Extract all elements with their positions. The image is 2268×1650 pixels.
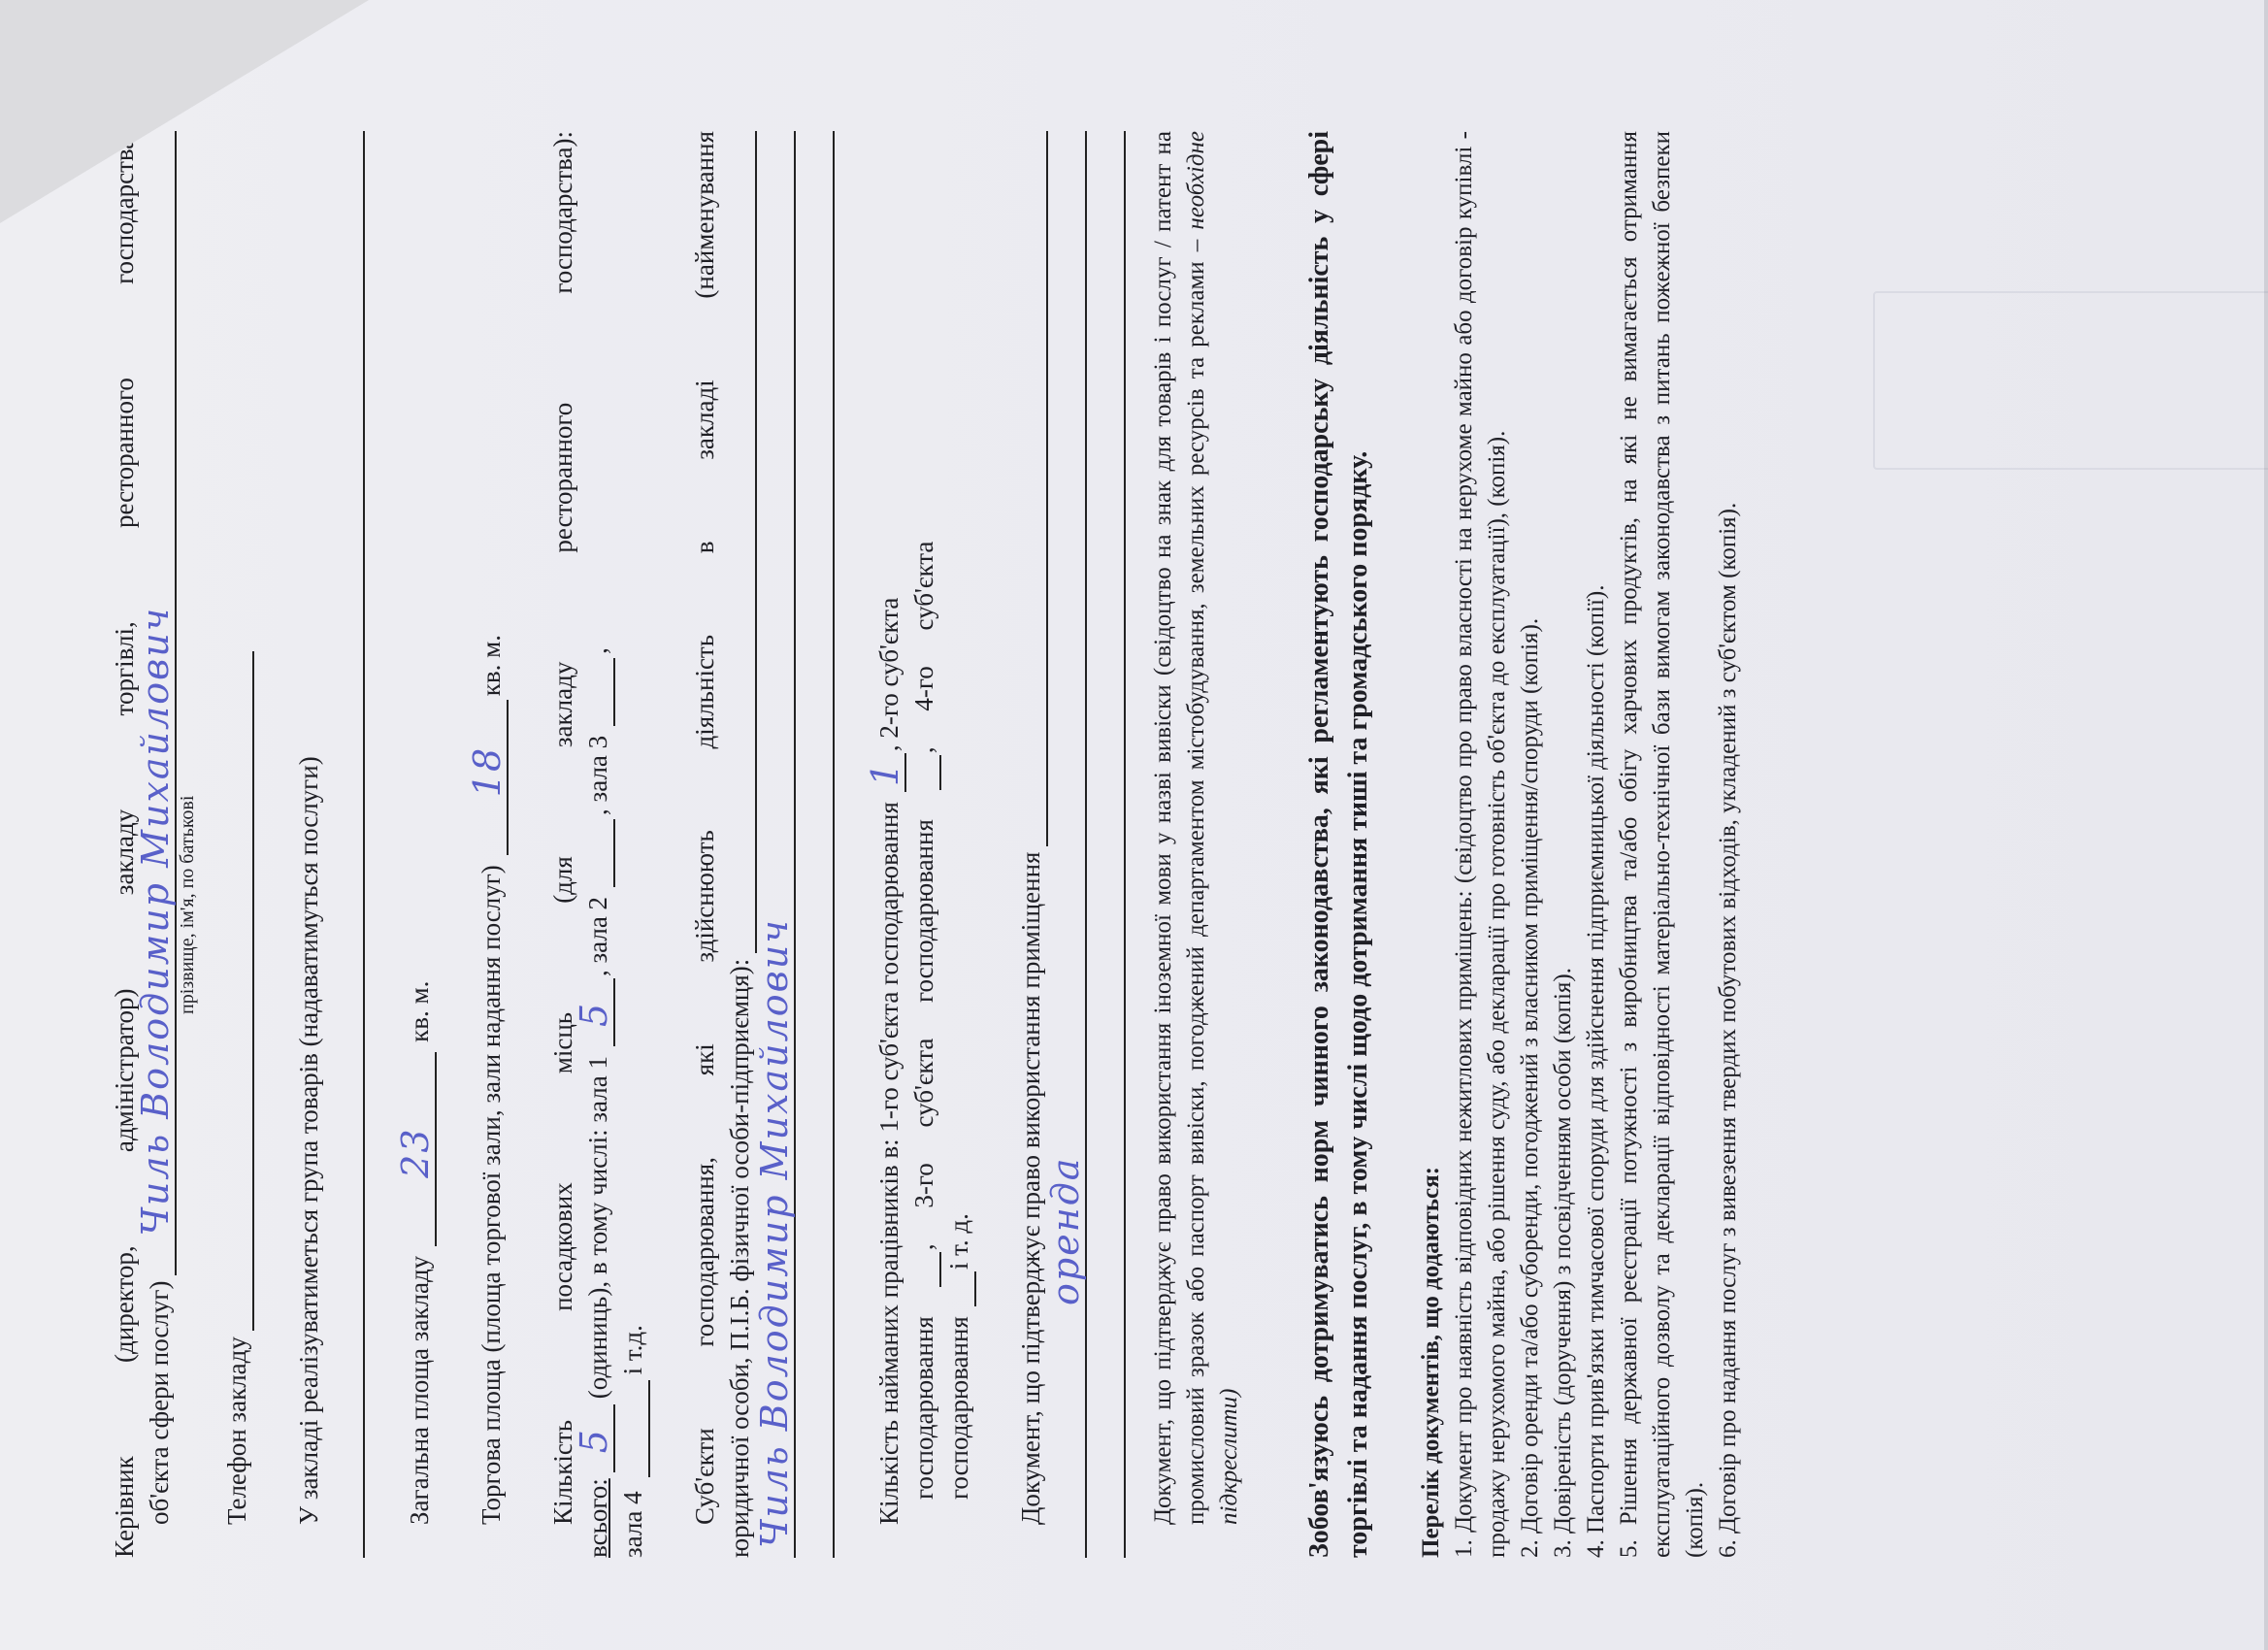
- attachment-item-5: 5. Рішення державної реєстрації потужнос…: [1613, 131, 1712, 1558]
- goods-label: У закладі реалізуватиметься група товарі…: [291, 131, 326, 1558]
- total-area-unit: кв. м.: [402, 981, 437, 1042]
- seats-total-label: всього:: [580, 1478, 615, 1558]
- entities-input-line2[interactable]: Чиль Володимир Михайлович: [757, 131, 796, 1558]
- employees-entity4-input[interactable]: [947, 1271, 976, 1306]
- hall2-input[interactable]: [586, 819, 615, 887]
- premises-doc-input-line2[interactable]: оренда: [1048, 131, 1087, 1558]
- total-area-label: Загальна площа закладу: [402, 1256, 437, 1525]
- attachment-item-4: 4. Паспорти прив'язки тимчасової споруди…: [1580, 131, 1613, 1558]
- phone-field: Телефон закладу: [219, 131, 254, 1558]
- form-body: Керівник (директор, адміністратор) закла…: [107, 131, 1745, 1558]
- hall3-input[interactable]: [586, 658, 615, 726]
- attachment-item-6: 6. Договір про надання послуг з вивезенн…: [1712, 131, 1745, 1558]
- entities-input[interactable]: [728, 131, 757, 953]
- attachment-item-3: 3. Довіреність (доручення) з посвідчення…: [1547, 131, 1580, 1558]
- hall4-input[interactable]: [621, 1380, 650, 1477]
- attachment-item-1: 1. Документ про наявність відповідних не…: [1448, 131, 1514, 1558]
- trade-area-label: Торгова площа (площа торгової зали, зали…: [474, 865, 509, 1525]
- premises-doc-input-line3[interactable]: [1087, 131, 1126, 1558]
- foreign-sign-text: Документ, що підтверджує право використа…: [1147, 131, 1246, 1558]
- premises-doc-field: Документ, що підтверджує право використа…: [1013, 131, 1126, 1558]
- commitment-statement: Зобов'язуюсь дотримуватись норм чинного …: [1300, 131, 1378, 1558]
- manager-value: Чиль Володимир Михайлович: [138, 607, 173, 1237]
- manager-field: Керівник (директор, адміністратор) закла…: [107, 131, 198, 1558]
- entities-label-1: Суб'єкти господарювання, які здійснюють …: [687, 131, 722, 1558]
- employees-entity1-input[interactable]: 1: [877, 753, 906, 792]
- entities-label-2: юридичної особи, П.І.Б. фізичної особи-п…: [722, 959, 757, 1558]
- document-page: Керівник (директор, адміністратор) закла…: [0, 0, 2268, 1650]
- seats-total-input[interactable]: 5: [586, 1404, 615, 1472]
- phone-input[interactable]: [225, 651, 254, 1331]
- total-area-value: 23: [398, 1127, 433, 1177]
- folded-corner: [0, 0, 369, 223]
- entities-value: Чиль Володимир Михайлович: [757, 918, 792, 1548]
- seats-label: Кількість посадкових місць (для закладу …: [545, 131, 580, 1558]
- manager-input[interactable]: Чиль Володимир Михайлович: [148, 131, 177, 1275]
- manager-label-2: об'єкта сфери послуг): [142, 1281, 177, 1558]
- premises-doc-input[interactable]: [1019, 131, 1048, 846]
- employees-entity2-input[interactable]: [912, 1252, 941, 1287]
- goods-input[interactable]: [326, 131, 365, 1558]
- total-area-input[interactable]: 23: [408, 1052, 437, 1246]
- entities-input-line3[interactable]: [796, 131, 835, 1558]
- trade-area-input[interactable]: 18: [479, 700, 509, 855]
- manager-hint: прізвище, ім'я, по батькові: [177, 131, 198, 1558]
- attachments-list: Перелік документів, що додаються: 1. Док…: [1415, 131, 1745, 1558]
- trade-area-field: Торгова площа (площа торгової зали, зали…: [474, 131, 509, 1558]
- attachment-item-2: 2. Договір оренди та/або суборенди, пого…: [1514, 131, 1547, 1558]
- employees-field: Кількість найманих працівників в: 1-го с…: [871, 131, 976, 1558]
- total-area-field: Загальна площа закладу 23 кв. м.: [402, 131, 437, 1558]
- seats-field: Кількість посадкових місць (для закладу …: [545, 131, 650, 1558]
- employees-entity3-input[interactable]: [912, 755, 941, 790]
- trade-area-value: 18: [470, 746, 505, 797]
- trade-area-unit: кв. м.: [474, 635, 509, 696]
- hall1-input[interactable]: 5: [586, 978, 615, 1046]
- attachments-title: Перелік документів, що додаються:: [1415, 131, 1448, 1558]
- entities-field: Суб'єкти господарювання, які здійснюють …: [687, 131, 835, 1558]
- premises-doc-value: оренда: [1048, 1157, 1083, 1305]
- premises-doc-label: Документ, що підтверджує право використа…: [1013, 852, 1048, 1525]
- phone-label: Телефон закладу: [219, 1336, 254, 1525]
